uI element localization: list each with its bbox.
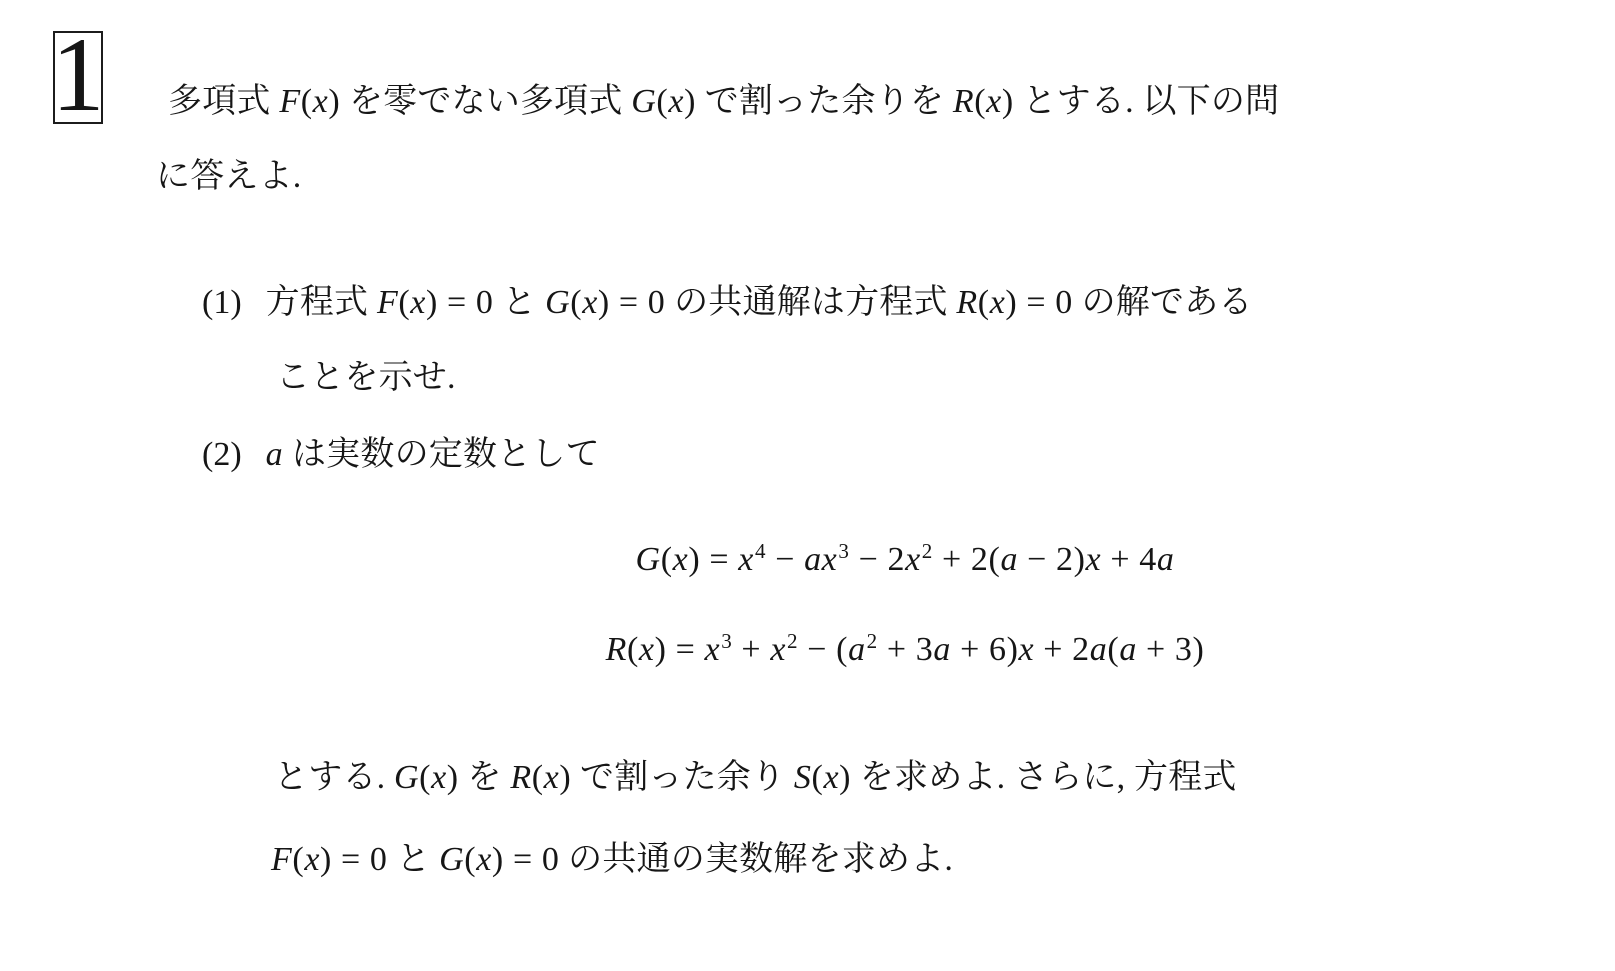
jp-text: とする. 以下の問 (1014, 83, 1280, 120)
jp-text: は実数の定数として (283, 436, 600, 473)
intro-line-2: に答えよ. (156, 153, 302, 201)
item-1-line-1: (1)方程式 F(x) = 0 と G(x) = 0 の共通解は方程式 R(x)… (202, 279, 1253, 327)
math-text: R(x) = x3 + x2 − (a2 + 3a + 6)x + 2a(a +… (606, 631, 1205, 668)
math-text: F(x) (279, 83, 340, 120)
intro-line-1: 多項式 F(x) を零でない多項式 G(x) で割った余りを R(x) とする.… (168, 78, 1279, 126)
jp-text: と (493, 284, 545, 321)
item-2-tail-line-1: とする. G(x) を R(x) で割った余り S(x) を求めよ. さらに, … (274, 754, 1237, 802)
jp-text: 方程式 (266, 284, 377, 321)
jp-text: 多項式 (168, 83, 279, 120)
item-2-line-1: (2)a は実数の定数として (202, 431, 600, 479)
item-1-text: 方程式 F(x) = 0 と G(x) = 0 の共通解は方程式 R(x) = … (266, 284, 1253, 321)
jp-text: に答えよ. (156, 158, 302, 195)
math-text: G(x) = 0 (545, 284, 665, 321)
math-text: S(x) (794, 759, 851, 796)
jp-text: の共通の実数解を求めよ. (559, 841, 953, 878)
math-text: G(x) = x4 − ax3 − 2x2 + 2(a − 2)x + 4a (636, 541, 1175, 578)
math-text: a (266, 436, 284, 473)
math-text: R(x) = 0 (956, 284, 1073, 321)
jp-text: の解である (1073, 284, 1253, 321)
item-2-label: (2) (202, 431, 242, 479)
exam-problem-page: 1 多項式 F(x) を零でない多項式 G(x) で割った余りを R(x) とす… (0, 0, 1615, 971)
math-text: G(x) (394, 759, 459, 796)
math-text: R(x) (510, 759, 571, 796)
problem-number-box: 1 (53, 31, 103, 124)
item-2-tail-line-2: F(x) = 0 と G(x) = 0 の共通の実数解を求めよ. (271, 836, 953, 884)
jp-text: とする. (274, 759, 394, 796)
jp-text: と (388, 841, 440, 878)
jp-text: の共通解は方程式 (665, 284, 956, 321)
math-text: F(x) = 0 (271, 841, 388, 878)
jp-text: を求めよ. さらに, 方程式 (851, 759, 1237, 796)
display-formula-rx: R(x) = x3 + x2 − (a2 + 3a + 6)x + 2a(a +… (170, 626, 1615, 674)
jp-text: を零でない多項式 (340, 83, 631, 120)
math-text: F(x) = 0 (377, 284, 494, 321)
item-2-text: a は実数の定数として (266, 436, 600, 473)
math-text: G(x) (631, 83, 696, 120)
math-text: G(x) = 0 (439, 841, 559, 878)
problem-number: 1 (52, 22, 105, 128)
display-formula-gx: G(x) = x4 − ax3 − 2x2 + 2(a − 2)x + 4a (170, 536, 1615, 584)
math-text: R(x) (953, 83, 1014, 120)
jp-text: で割った余り (571, 759, 794, 796)
item-1-label: (1) (202, 279, 242, 327)
jp-text: を (459, 759, 511, 796)
jp-text: ことを示せ. (276, 359, 456, 396)
jp-text: で割った余りを (696, 83, 953, 120)
item-1-line-2: ことを示せ. (276, 354, 456, 402)
